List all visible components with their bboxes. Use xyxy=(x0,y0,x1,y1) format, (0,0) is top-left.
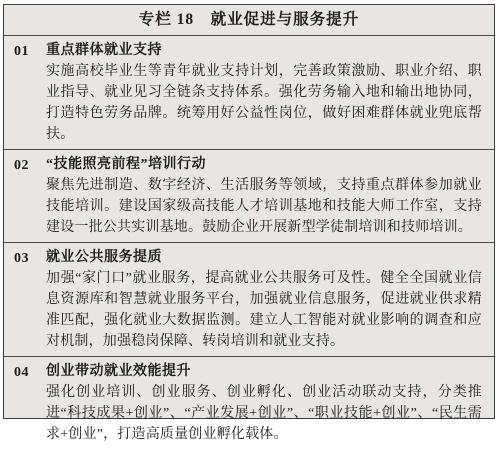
section-row-02: 02 “技能照亮前程”培训行动 聚焦先进制造、数字经济、生活服务等领域，支持重点… xyxy=(4,150,494,243)
section-row-04: 04 创业带动就业效能提升 强化创业培训、创业服务、创业孵化、创业活动联动支持，… xyxy=(4,357,494,425)
box-title: 专栏 18 就业促进与服务提升 xyxy=(4,5,494,36)
policy-box: 专栏 18 就业促进与服务提升 01 重点群体就业支持 实施高校毕业生等青年就业… xyxy=(3,4,495,419)
section-number: 02 xyxy=(14,154,46,176)
section-number: 03 xyxy=(14,247,46,269)
section-body: 强化创业培训、创业服务、创业孵化、创业活动联动支持，分类推进“科技成果+创业”、… xyxy=(46,382,482,425)
section-content: 就业公共服务提质 加强“家门口”就业服务，提高就业公共服务可及性。健全全国就业信… xyxy=(46,247,482,352)
section-number: 04 xyxy=(14,361,46,383)
section-body: 加强“家门口”就业服务，提高就业公共服务可及性。健全全国就业信息资源库和智慧就业… xyxy=(46,268,482,352)
section-body: 聚焦先进制造、数字经济、生活服务等领域，支持重点群体参加就业技能培训。建设国家级… xyxy=(46,175,482,238)
section-heading: 重点群体就业支持 xyxy=(46,40,482,61)
section-content: 创业带动就业效能提升 强化创业培训、创业服务、创业孵化、创业活动联动支持，分类推… xyxy=(46,361,482,425)
section-heading: 创业带动就业效能提升 xyxy=(46,361,482,382)
section-row-01: 01 重点群体就业支持 实施高校毕业生等青年就业支持计划，完善政策激励、职业介绍… xyxy=(4,36,494,150)
section-content: 重点群体就业支持 实施高校毕业生等青年就业支持计划，完善政策激励、职业介绍、职业… xyxy=(46,40,482,145)
section-content: “技能照亮前程”培训行动 聚焦先进制造、数字经济、生活服务等领域，支持重点群体参… xyxy=(46,154,482,238)
section-body: 实施高校毕业生等青年就业支持计划，完善政策激励、职业介绍、职业指导、就业见习全链… xyxy=(46,61,482,145)
section-heading: “技能照亮前程”培训行动 xyxy=(46,154,482,175)
section-row-03: 03 就业公共服务提质 加强“家门口”就业服务，提高就业公共服务可及性。健全全国… xyxy=(4,243,494,357)
section-number: 01 xyxy=(14,40,46,62)
section-heading: 就业公共服务提质 xyxy=(46,247,482,268)
